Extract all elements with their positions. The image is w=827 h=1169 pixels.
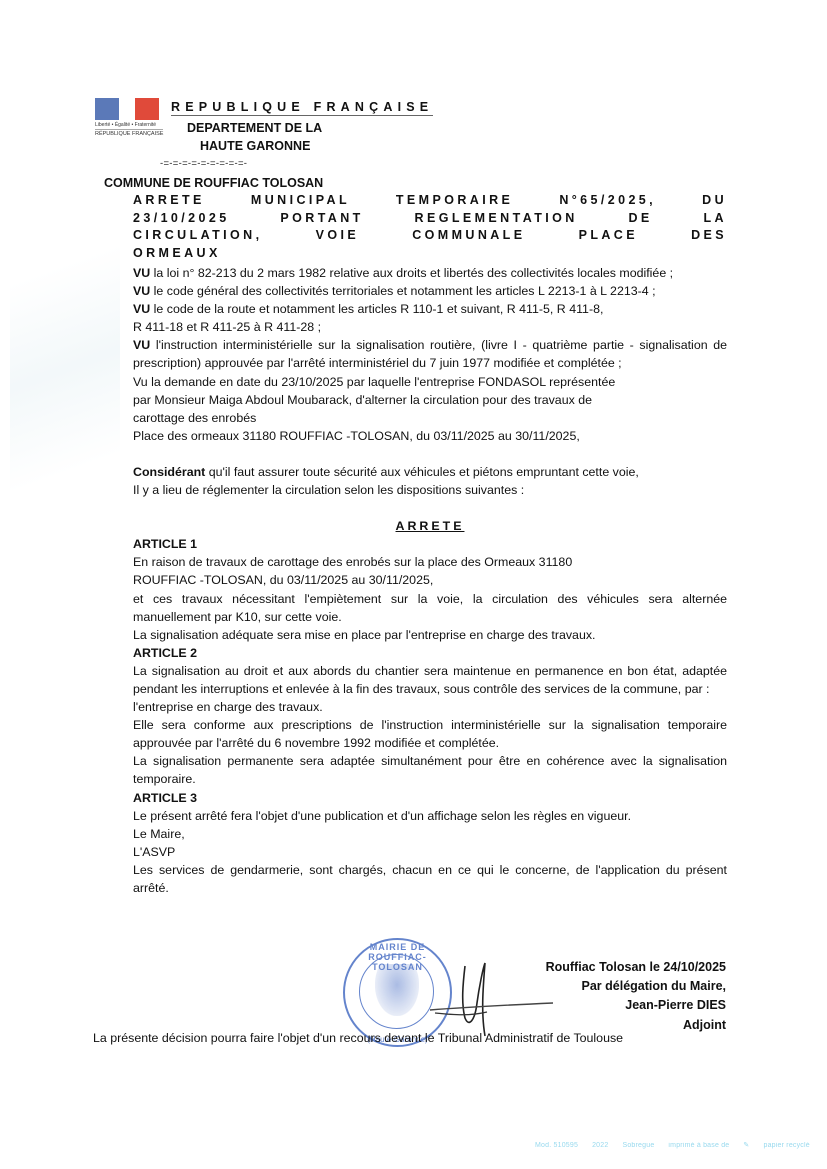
- title-line: CIRCULATION, VOIE COMMUNALE PLACE DES: [133, 227, 727, 245]
- considerant: Considérant qu'il faut assurer toute séc…: [133, 463, 727, 481]
- separator: -=-=-=-=-=-=-=-=-=-: [160, 158, 247, 169]
- marianne-logo-icon: Liberté • Égalité • Fraternité RÉPUBLIQU…: [95, 98, 161, 140]
- visa: VU la loi n° 82-213 du 2 mars 1982 relat…: [133, 264, 727, 282]
- article-paragraph: l'entreprise en charge des travaux.: [133, 698, 727, 716]
- article-paragraph: Le présent arrêté fera l'objet d'une pub…: [133, 807, 727, 825]
- delegation: Par délégation du Maire,: [546, 977, 726, 996]
- title-line: 23/10/2025 PORTANT REGLEMENTATION DE LA: [133, 210, 727, 228]
- demande-line: Vu la demande en date du 23/10/2025 par …: [133, 373, 727, 391]
- article-paragraph: et ces travaux nécessitant l'empiètement…: [133, 590, 727, 626]
- scan-shading: [10, 200, 120, 580]
- flag-icon: [95, 98, 159, 120]
- logo-motto: Liberté • Égalité • Fraternité: [95, 122, 156, 128]
- article-paragraph: Elle sera conforme aux prescriptions de …: [133, 716, 727, 752]
- departement-line1: DEPARTEMENT DE LA: [187, 121, 322, 135]
- visa: VU le code général des collectivités ter…: [133, 282, 727, 300]
- visa: VU le code de la route et notamment les …: [133, 300, 727, 318]
- signature-block: Rouffiac Tolosan le 24/10/2025 Par délég…: [546, 958, 726, 1035]
- print-footer: Mod. 5105952022Sobregueimprimé à base de…: [535, 1141, 824, 1149]
- title-line: ORMEAUX: [133, 245, 727, 263]
- commune-name: COMMUNE DE ROUFFIAC TOLOSAN: [104, 176, 323, 190]
- article-paragraph: L'ASVP: [133, 843, 727, 861]
- visa: R 411-18 et R 411-25 à R 411-28 ;: [133, 318, 727, 336]
- article-paragraph: La signalisation au droit et aux abords …: [133, 662, 727, 698]
- document-page: Liberté • Égalité • Fraternité RÉPUBLIQU…: [0, 0, 827, 1169]
- document-title: ARRETE MUNICIPAL TEMPORAIRE N°65/2025, D…: [133, 192, 727, 262]
- title-line: ARRETE MUNICIPAL TEMPORAIRE N°65/2025, D…: [133, 192, 727, 210]
- republique-francaise: REPUBLIQUE FRANÇAISE: [171, 100, 433, 116]
- place-date: Rouffiac Tolosan le 24/10/2025: [546, 958, 726, 977]
- article-heading: ARTICLE 2: [133, 644, 727, 662]
- logo-republic: RÉPUBLIQUE FRANÇAISE: [95, 129, 163, 137]
- article-heading: ARTICLE 1: [133, 535, 727, 553]
- article-paragraph: Le Maire,: [133, 825, 727, 843]
- arrete-heading: ARRETE: [133, 517, 727, 535]
- article-paragraph: Les services de gendarmerie, sont chargé…: [133, 861, 727, 897]
- document-body: VU la loi n° 82-213 du 2 mars 1982 relat…: [133, 264, 727, 897]
- demande-line: par Monsieur Maiga Abdoul Moubarack, d'a…: [133, 391, 727, 409]
- demande-line: Place des ormeaux 31180 ROUFFIAC -TOLOSA…: [133, 427, 727, 445]
- article-paragraph: En raison de travaux de carottage des en…: [133, 553, 727, 571]
- signatory-name: Jean-Pierre DIES: [546, 996, 726, 1015]
- visa: VU l'instruction interministérielle sur …: [133, 336, 727, 372]
- signature-icon: [425, 958, 555, 1038]
- considerant-line2: Il y a lieu de réglementer la circulatio…: [133, 481, 727, 499]
- recours-notice: La présente décision pourra faire l'obje…: [93, 1031, 623, 1045]
- departement-line2: HAUTE GARONNE: [200, 139, 310, 153]
- article-paragraph: ROUFFIAC -TOLOSAN, du 03/11/2025 au 30/1…: [133, 571, 727, 589]
- article-heading: ARTICLE 3: [133, 789, 727, 807]
- article-paragraph: La signalisation permanente sera adaptée…: [133, 752, 727, 788]
- recycle-icon: ✎: [743, 1142, 749, 1149]
- article-paragraph: La signalisation adéquate sera mise en p…: [133, 626, 727, 644]
- demande-line: carottage des enrobés: [133, 409, 727, 427]
